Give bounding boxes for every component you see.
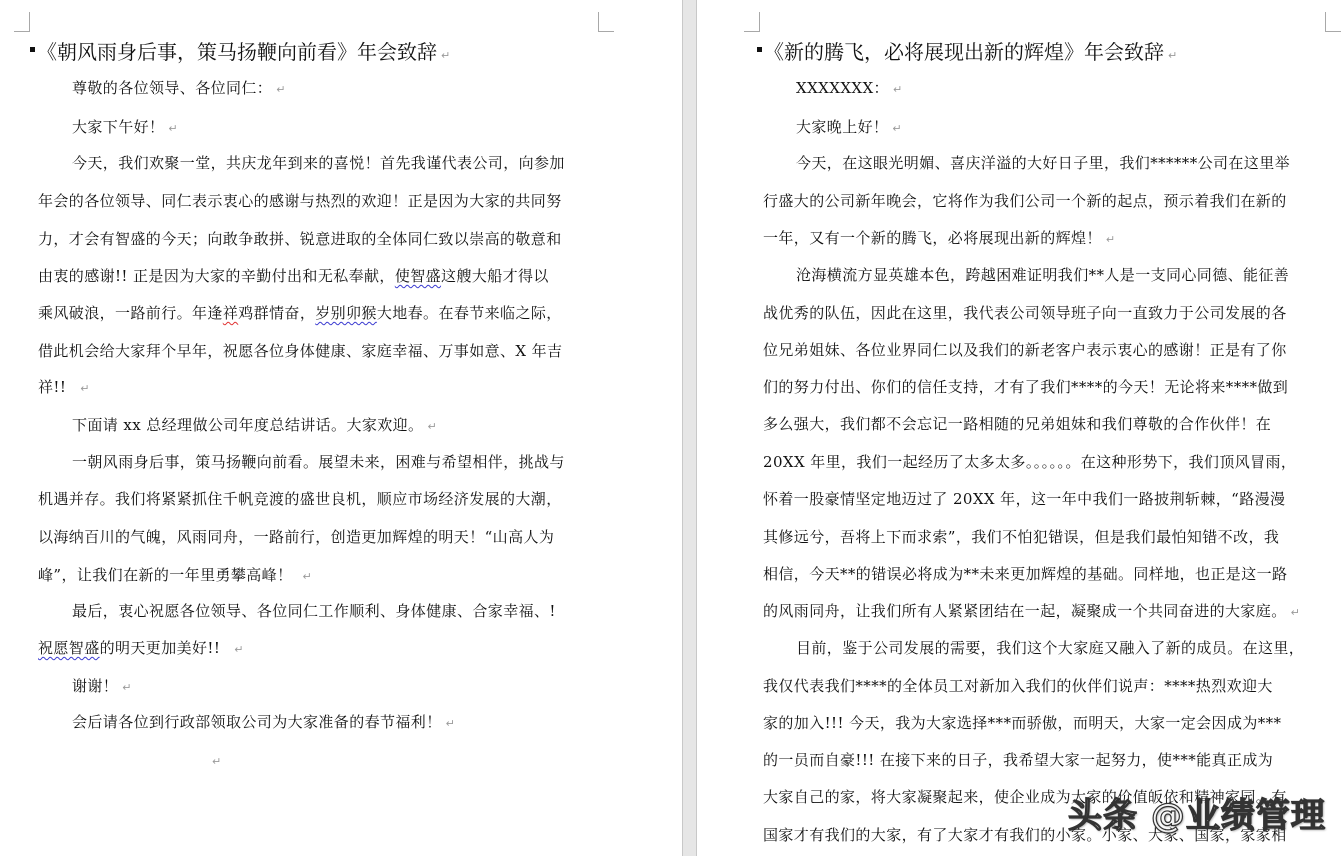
greeting: 大家晚上好！↵ xyxy=(796,117,902,139)
body-line: 们的努力付出、你们的信任支持，才有了我们****的今天！无论将来****做到 xyxy=(763,377,1288,397)
grammar-squiggle: 祝愿智盛 xyxy=(38,639,100,657)
heading-bullet-icon xyxy=(757,47,762,52)
document-page-right[interactable]: 《新的腾飞，必将展现出新的辉煌》年会致辞↵ XXXXXXX：↵ 大家晚上好！↵ … xyxy=(697,0,1341,856)
body-line: 由衷的感谢!! 正是因为大家的辛勤付出和无私奉献，使智盛这艘大船才得以 xyxy=(38,266,549,286)
body-line: 的一员而自豪!!! 在接下来的日子，我希望大家一起努力，使***能真正成为 xyxy=(763,750,1273,770)
body-line: 其修远兮，吾将上下而求索”，我们不怕犯错误，但是我们最怕知错不改，我 xyxy=(763,527,1279,547)
body-line: 最后，衷心祝愿各位领导、各位同仁工作顺利、身体健康、合家幸福、! xyxy=(72,601,556,621)
salutation: XXXXXXX：↵ xyxy=(796,78,903,100)
speech-title: 《新的腾飞，必将展现出新的辉煌》年会致辞↵ xyxy=(764,38,1177,70)
body-line: 目前，鉴于公司发展的需要，我们这个大家庭又融入了新的成员。在这里， xyxy=(796,638,1304,658)
body-line: 年会的各位领导、同仁表示衷心的感谢与热烈的欢迎！正是因为大家的共同努 xyxy=(38,191,562,211)
grammar-squiggle: 岁别卯猴 xyxy=(315,304,377,322)
body-line: 战优秀的队伍，因此在这里，我代表公司领导班子向一直致力于公司发展的各 xyxy=(763,303,1287,323)
body-line: 今天，我们欢聚一堂，共庆龙年到来的喜悦！首先我谨代表公司，向参加 xyxy=(72,153,565,173)
body-line: 一朝风雨身后事，策马扬鞭向前看。展望未来，困难与希望相伴，挑战与 xyxy=(72,452,565,472)
margin-corner-top-left xyxy=(14,12,30,32)
body-line: 的风雨同舟，让我们所有人紧紧团结在一起，凝聚成一个共同奋进的大家庭。↵ xyxy=(763,601,1300,623)
closing-note: 会后请各位到行政部领取公司为大家准备的春节福利！↵ xyxy=(72,712,455,734)
body-line: 我仅代表我们****的全体员工对新加入我们的伙伴们说声：****热烈欢迎大 xyxy=(763,676,1273,696)
empty-paragraph: ↵ xyxy=(208,750,222,772)
margin-corner-top-right xyxy=(1325,12,1341,32)
body-line: 峰”，让我们在新的一年里勇攀高峰！↵ xyxy=(38,565,312,587)
body-line: 沧海横流方显英雄本色，跨越困难证明我们**人是一支同心同德、能征善 xyxy=(796,265,1289,285)
thanks-line: 谢谢！↵ xyxy=(72,676,132,698)
body-line: 祝愿智盛的明天更加美好!!↵ xyxy=(38,638,244,660)
margin-corner-top-right xyxy=(598,12,614,32)
body-line: 乘风破浪，一路前行。年逢祥鸡群情奋，岁别卯猴大地春。在春节来临之际， xyxy=(38,303,562,323)
body-line: 家的加入!!! 今天，我为大家选择***而骄傲，而明天，大家一定会因成为*** xyxy=(763,713,1281,733)
body-line: 力，才会有智盛的今天；向敢争敢拼、锐意进取的全体同仁致以崇高的敬意和 xyxy=(38,229,562,249)
body-line: 一年，又有一个新的腾飞，必将展现出新的辉煌！↵ xyxy=(763,228,1115,250)
body-line: 下面请 xx 总经理做公司年度总结讲话。大家欢迎。↵ xyxy=(72,415,437,437)
body-line: 借此机会给大家拜个早年，祝愿各位身体健康、家庭幸福、万事如意、X 年吉 xyxy=(38,341,562,361)
body-line: 多么强大，我们都不会忘记一路相随的兄弟姐妹和我们尊敬的合作伙伴！在 xyxy=(763,414,1271,434)
body-line: 以海纳百川的气魄，风雨同舟，一路前行，创造更加辉煌的明天！“山高人为 xyxy=(38,527,554,547)
margin-corner-top-left xyxy=(744,12,760,32)
salutation: 尊敬的各位领导、各位同仁：↵ xyxy=(72,78,286,100)
body-line: 20XX 年里，我们一起经历了太多太多。。。。。。在这种形势下，我们顶风冒雨， xyxy=(763,452,1296,472)
heading-bullet-icon xyxy=(30,47,35,52)
body-line: 行盛大的公司新年晚会，它将作为我们公司一个新的起点，预示着我们在新的 xyxy=(763,191,1287,211)
source-watermark: 头条 @业绩管理 xyxy=(1068,788,1326,837)
body-line: 位兄弟姐妹、各位业界同仁以及我们的新老客户表示衷心的感谢！正是有了你 xyxy=(763,340,1287,360)
body-line: 今天，在这眼光明媚、喜庆洋溢的大好日子里，我们******公司在这里举 xyxy=(796,153,1290,173)
greeting: 大家下午好！↵ xyxy=(72,117,178,139)
spellcheck-squiggle: 祥 xyxy=(223,304,238,322)
speech-title: 《朝风雨身后事，策马扬鞭向前看》年会致辞↵ xyxy=(37,38,450,70)
body-line: 机遇并存。我们将紧紧抓住千帆竞渡的盛世良机，顺应市场经济发展的大潮， xyxy=(38,489,562,509)
body-line: 相信，今天**的错误必将成为**未来更加辉煌的基础。同样地，也正是这一路 xyxy=(763,564,1287,584)
body-line: 怀着一股豪情坚定地迈过了 20XX 年，这一年中我们一路披荆斩棘，“路漫漫 xyxy=(763,489,1285,509)
page-gap xyxy=(682,0,697,856)
document-page-left[interactable]: 《朝风雨身后事，策马扬鞭向前看》年会致辞↵ 尊敬的各位领导、各位同仁：↵ 大家下… xyxy=(0,0,682,856)
body-line: 祥!!↵ xyxy=(38,377,90,399)
spellcheck-squiggle: 使智盛 xyxy=(395,267,441,285)
